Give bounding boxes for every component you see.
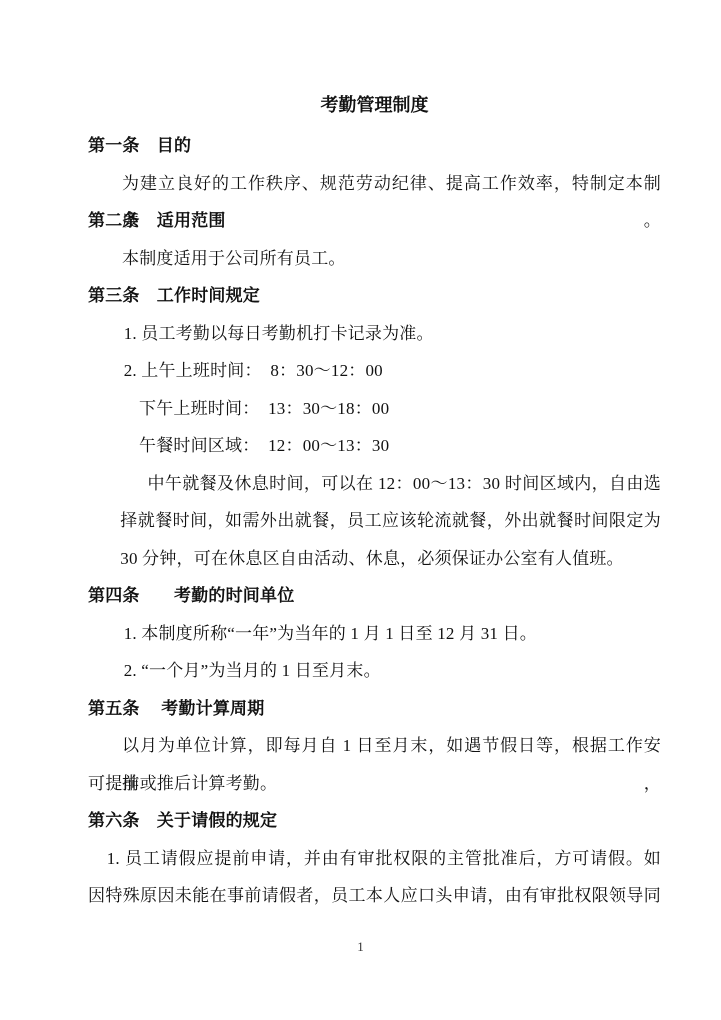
page-footer: 1 — [0, 938, 721, 956]
section-heading: 第六条 关于请假的规定 — [88, 802, 661, 840]
doc-line: 因特殊原因未能在事前请假者，员工本人应口头申请，由有审批权限领导同 — [88, 877, 661, 915]
doc-line: 下午上班时间： 13：30～18：00 — [88, 390, 661, 428]
document-page: 考勤管理制度 第一条 目的为建立良好的工作秩序、规范劳动纪律、提高工作效率，特制… — [0, 0, 721, 1020]
doc-line: 本制度适用于公司所有员工。 — [88, 240, 661, 278]
doc-line: 中午就餐及休息时间，可以在 12：00～13：30 时间区域内，自由选 — [88, 465, 661, 503]
document-title: 考勤管理制度 — [88, 87, 661, 125]
doc-line: 2. “一个月”为当月的 1 日至月末。 — [88, 652, 661, 690]
doc-line: 1. 本制度所称“一年”为当年的 1 月 1 日至 12 月 31 日。 — [88, 615, 661, 653]
doc-line: 1. 员工请假应提前申请，并由有审批权限的主管批准后，方可请假。如 — [88, 840, 661, 878]
section-heading: 第四条 考勤的时间单位 — [88, 577, 661, 615]
doc-line: 择就餐时间，如需外出就餐，员工应该轮流就餐，外出就餐时间限定为 — [88, 502, 661, 540]
page-number: 1 — [357, 939, 364, 954]
section-heading: 第一条 目的 — [88, 127, 661, 165]
doc-line: 30 分钟，可在休息区自由活动、休息，必须保证办公室有人值班。 — [88, 540, 661, 578]
section-heading: 第五条 考勤计算周期 — [88, 690, 661, 728]
document-body: 第一条 目的为建立良好的工作秩序、规范劳动纪律、提高工作效率，特制定本制度。第二… — [88, 127, 661, 915]
doc-line: 2. 上午上班时间： 8：30～12：00 — [88, 352, 661, 390]
doc-line: 为建立良好的工作秩序、规范劳动纪律、提高工作效率，特制定本制度。 — [88, 165, 661, 203]
doc-line: 午餐时间区域： 12：00～13：30 — [88, 427, 661, 465]
doc-line: 以月为单位计算，即每月自 1 日至月末，如遇节假日等，根据工作安排， — [88, 727, 661, 765]
document-content: 考勤管理制度 第一条 目的为建立良好的工作秩序、规范劳动纪律、提高工作效率，特制… — [0, 0, 721, 915]
section-heading: 第三条 工作时间规定 — [88, 277, 661, 315]
doc-line: 1. 员工考勤以每日考勤机打卡记录为准。 — [88, 315, 661, 353]
